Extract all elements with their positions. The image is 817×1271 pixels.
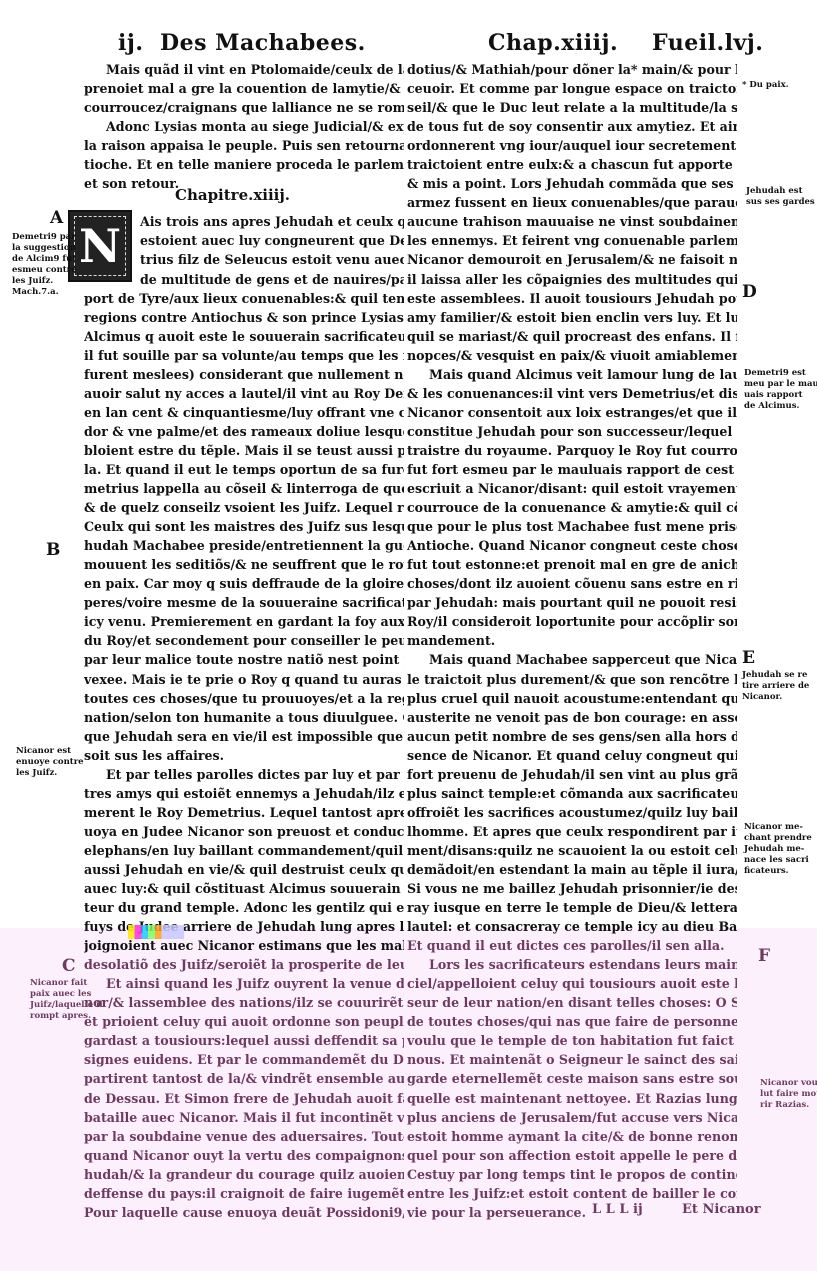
margin-note: Demetri9 est meu par le mau uais rapport… [744,368,817,412]
text-line: elephans/en luy baillant commandement/qu… [84,841,404,860]
scanned-page: ij. Des Machabees. Chap.xiiij. Fueil.lvj… [0,0,817,1271]
text-line: quelle est maintenant nettoyee. Et Razia… [407,1089,737,1108]
text-line: par Jehudah: mais pourtant quil ne pouoi… [407,593,737,612]
text-line: la. Et quand il eut le temps oportun de … [84,460,404,479]
note-line: tire arriere de [742,681,809,692]
text-line: Antioche. Quand Nicanor congneut ceste c… [407,536,737,555]
text-line: nopces/& vesquist en paix/& viuoit amiab… [407,346,737,365]
note-line: Nicanor vou [760,1078,817,1089]
text-line: port de Tyre/aux lieux conuenables:& qui… [84,289,404,308]
text-line: Lors les sacrificateurs estendans leurs … [407,955,737,974]
text-line: demãdoit/en estendant la main au tẽple i… [407,860,737,879]
text-line: Et ainsi quand les Juifz ouyrent la venu… [84,974,404,993]
text-line: & de quelz conseilz vsoient les Juifz. L… [84,498,404,517]
text-line: toutes ces choses/que tu prouuoyes/et a … [84,689,404,708]
text-line: courroucez/craignans que lalliance ne se… [84,98,404,117]
text-line: seur de leur nation/en disant telles cho… [407,993,737,1012]
text-line: metrius lappella au cõseil & linterroga … [84,479,404,498]
note-line: Nicanor est [16,746,84,757]
text-line: quil se mariast/& quil procreast des enf… [407,327,737,346]
text-line: icy venu. Premierement en gardant la foy… [84,612,404,631]
margin-note: Nicanor vou lut faire mou rir Razias. [760,1078,817,1111]
text-line: constitue Jehudah pour son successeur/le… [407,422,737,441]
text-line: fut fort esmeu par le mauluais rapport d… [407,460,737,479]
text-line: vexee. Mais ie te prie o Roy q quand tu … [84,670,404,689]
text-line: de tous fut de soy consentir aux amytiez… [407,117,737,136]
leaf-number: Fueil.lvj. [652,30,763,56]
note-line: de Alcim9 fut [12,254,77,265]
note-line: meu par le mau [744,379,817,390]
text-line: ceuoir. Et comme par longue espace on tr… [407,79,737,98]
section-letter-d: D [742,282,757,302]
note-line: rir Razias. [760,1100,817,1111]
note-line: Nicanor fait [30,978,103,989]
text-line: par la soubdaine venue des aduersaires. … [84,1127,404,1146]
text-line: garde eternellemẽt ceste maison sans est… [407,1069,737,1088]
left-folio: ij. [118,30,143,56]
note-line: paix auec les [30,989,103,1000]
margin-note: Nicanor est enuoye contre les Juifz. [16,746,84,779]
text-line: teur du grand temple. Adonc les gentilz … [84,898,404,917]
text-line: Roy/il consideroit loportunite pour accõ… [407,612,737,631]
margin-note: * Du paix. [742,80,789,91]
text-line: Mais quand Machabee sapperceut que Nican… [407,650,737,669]
text-line: uoya en Judee Nicanor son preuost et con… [84,822,404,841]
text-line: du Roy/et secondement pour conseiller le… [84,631,404,650]
text-line: aucun petit nombre de ses gens/sen alla … [407,727,737,746]
text-line: il fut souille par sa volunte/au temps q… [84,346,404,365]
text-line: en lan cent & cinquantiesme/luy offrant … [84,403,404,422]
text-line: seil/& que le Duc leut relate a la multi… [407,98,737,117]
text-line: en paix. Car moy q suis deffraude de la … [84,574,404,593]
text-line: ment/disans:quilz ne scauoient la ou est… [407,841,737,860]
text-line: auec luy:& quil cõstituast Alcimus souue… [84,879,404,898]
note-line: les Juifz. [12,276,77,287]
note-line: les Juifz. [16,768,84,779]
note-line: Demetri9 par [12,232,77,243]
text-line: soit sus les affaires. [84,746,404,765]
text-line: Pour laquelle cause enuoya deuãt Possido… [84,1203,404,1222]
text-line: plus sainct temple:et cõmanda aux sacrif… [407,784,737,803]
note-line: Nicanor. [742,692,809,703]
text-line: dor & vne palme/et des rameaux doliue le… [84,422,404,441]
text-line: Nicanor demouroit en Jerusalem/& ne fais… [407,250,737,269]
text-line: austerite ne venoit pas de bon courage: … [407,708,737,727]
text-line: ordonnerent vng iour/auquel iour secrete… [407,136,737,155]
note-line: enuoye contre [16,757,84,768]
note-line: la suggestion [12,243,77,254]
margin-note: Nicanor fait paix auec les Juifz/laquell… [30,978,103,1022]
margin-note: Jehudah est sus ses gardes [746,186,815,208]
margin-note: Nicanor me- chant prendre Jehudah me- na… [744,822,812,877]
text-line: sence de Nicanor. Et quand celuy congneu… [407,746,737,765]
section-letter-f: F [758,946,770,966]
text-line: aucune trahison mauuaise ne vinst soubda… [407,212,737,231]
text-line: Cestuy par long temps tint le propos de … [407,1165,737,1184]
note-line: uais rapport [744,390,817,401]
text-line: dotius/& Mathiah/pour dõner la* main/& p… [407,60,737,79]
text-line: traistre du royaume. Parquoy le Roy fut … [407,441,737,460]
note-line: Mach.7.a. [12,287,77,298]
text-line: Mais quand Alcimus veit lamour lung de l… [407,365,737,384]
text-line: Et par telles parolles dictes par luy et… [84,765,404,784]
text-line: le traictoit plus durement/& que son ren… [407,670,737,689]
text-line: ciel/appelloient celuy qui tousiours auo… [407,974,737,993]
text-line: regions contre Antiochus & son prince Ly… [84,308,404,327]
chapter-header: Chap.xiiij. [488,30,618,56]
text-line: lautel: et consacreray ce temple icy au … [407,917,737,936]
text-line: Nicanor consentoit aux loix estranges/et… [407,403,737,422]
text-line: signes euidens. Et par le commandemẽt du… [84,1050,404,1069]
text-line: auoir salut ny acces a lautel/il vint au… [84,384,404,403]
text-line: mandement. [407,631,737,650]
section-letter-e: E [742,648,755,668]
note-line: sus ses gardes [746,197,815,208]
text-line: hudah/& la grandeur du courage quilz auo… [84,1165,404,1184]
text-line: partirent tantost de la/& vindrẽt ensemb… [84,1069,404,1088]
left-column: Mais quãd il vint en Ptolomaide/ceulx de… [84,60,404,1222]
note-line: rompt apres. [30,1011,103,1022]
text-line: armez fussent en lieux conuenables/que p… [407,193,737,212]
text-line: estoient auec luy congneurent que Deme- [84,231,404,250]
text-line: tioche. Et en telle maniere proceda le p… [84,155,404,174]
text-line: nous. Et maintenãt o Seigneur le sainct … [407,1050,737,1069]
text-line: & mis a point. Lors Jehudah commãda que … [407,174,737,193]
text-line: escriuit a Nicanor/disant: quil estoit v… [407,479,737,498]
text-line: la raison appaisa le peuple. Puis sen re… [84,136,404,155]
text-line: amy familier/& estoit bien enclin vers l… [407,308,737,327]
section-letter-c: C [62,956,76,976]
note-line: ficateurs. [744,866,812,877]
text-line: nation/selon ton humanite a tous diuulgu… [84,708,404,727]
text-line: nor/& lassemblee des nations/ilz se couu… [84,993,404,1012]
note-line: esmeu contre [12,265,77,276]
signature-mark: L L L ij [592,1202,643,1217]
text-line: il laissa aller les cõpaignies des multi… [407,270,737,289]
text-line: plus cruel quil nauoit acoustume:entenda… [407,689,737,708]
text-line: mouuent les seditiõs/& ne seuffrent que … [84,555,404,574]
note-line: Nicanor me- [744,822,812,833]
right-column: dotius/& Mathiah/pour dõner la* main/& p… [407,60,737,1222]
text-line: aussi Jehudah en vie/& quil destruist ce… [84,860,404,879]
note-line: * Du paix. [742,80,789,91]
text-line: et prioient celuy qui auoit ordonne son … [84,1012,404,1031]
note-line: lut faire mou [760,1089,817,1100]
chapter-heading: Chapitre.xiiij. [175,186,290,204]
text-line: Si vous ne me baillez Jehudah prisonnier… [407,879,737,898]
text-line: que pour le plus tost Machabee fust mene… [407,517,737,536]
text-line: courrouce de la conuenance & amytie:& qu… [407,498,737,517]
text-line: prenoiet mal a gre la couention de lamyt… [84,79,404,98]
drop-cap-letter: N [79,219,121,273]
text-line: quel pour son affection estoit appelle l… [407,1146,737,1165]
text-line: fut tout estonne:et prenoit mal en gre d… [407,555,737,574]
text-line: Adonc Lysias monta au siege Judicial/& e… [84,117,404,136]
text-line: Ais trois ans apres Jehudah et ceulx qui [84,212,404,231]
text-line: desolatiõ des Juifz/seroiẽt la prosperit… [84,955,404,974]
note-line: nace les sacri [744,855,812,866]
text-line: Alcimus q auoit este le souuerain sacrif… [84,327,404,346]
text-line: offroiẽt les sacrifices acoustumez/quilz… [407,803,737,822]
text-line: hudah Machabee preside/entretiennent la … [84,536,404,555]
section-letter-a: A [50,208,63,228]
text-line: par leur malice toute nostre natiõ nest … [84,650,404,669]
running-title: Des Machabees. [160,30,366,56]
note-line: de Alcimus. [744,401,817,412]
text-line: bataille auec Nicanor. Mais il fut incon… [84,1108,404,1127]
text-line: & les conuenances:il vint vers Demetrius… [407,384,737,403]
text-line: les ennemys. Et feirent vng conuenable p… [407,231,737,250]
scan-artifact [128,925,184,939]
text-line: Mais quãd il vint en Ptolomaide/ceulx de… [84,60,404,79]
note-line: Jehudah est [746,186,815,197]
text-line: choses/dont ilz auoient cõuenu sans estr… [407,574,737,593]
text-line: peres/voire mesme de la souueraine sacri… [84,593,404,612]
text-line: bloient estre du tẽple. Mais il se teust… [84,441,404,460]
text-line: de Dessau. Et Simon frere de Jehudah auo… [84,1089,404,1108]
text-line: furent meslees) considerant que nullemen… [84,365,404,384]
note-line: Jehudah se re [742,670,809,681]
text-line: gardast a tousiours:lequel aussi deffend… [84,1031,404,1050]
text-line: tres amys qui estoiẽt ennemys a Jehudah/… [84,784,404,803]
note-line: chant prendre [744,833,812,844]
catchword: Et Nicanor [682,1202,761,1217]
text-line: joignoient auec Nicanor estimans que les… [84,936,404,955]
text-line: Et quand il eut dictes ces parolles/il s… [407,936,737,955]
note-line: Jehudah me- [744,844,812,855]
text-line: que Jehudah sera en vie/il est impossibl… [84,727,404,746]
text-line: deffense du pays:il craignoit de faire i… [84,1184,404,1203]
text-line: fort preuenu de Jehudah/il sen vint au p… [407,765,737,784]
text-line: Ceulx qui sont les maistres des Juifz su… [84,517,404,536]
margin-note: Demetri9 par la suggestion de Alcim9 fut… [12,232,77,298]
note-line: Juifz/laquelle il [30,1000,103,1011]
text-line: voulu que le temple de ton habitation fu… [407,1031,737,1050]
section-letter-b: B [46,540,60,560]
text-line: traictoient entre eulx:& a chascun fut a… [407,155,737,174]
text-line: entre les Juifz:et estoit content de bai… [407,1184,737,1203]
text-line: de toutes choses/qui nas que faire de pe… [407,1012,737,1031]
decorated-initial: N [68,210,132,282]
text-line: merent le Roy Demetrius. Lequel tantost … [84,803,404,822]
text-line: de multitude de gens et de nauires/par l… [84,270,404,289]
text-line: trius filz de Seleucus estoit venu auec … [84,250,404,269]
text-line: estoit homme aymant la cite/& de bonne r… [407,1127,737,1146]
margin-note: Jehudah se re tire arriere de Nicanor. [742,670,809,703]
text-line: quand Nicanor ouyt la vertu des compaign… [84,1146,404,1165]
text-line: plus anciens de Jerusalem/fut accuse ver… [407,1108,737,1127]
note-line: Demetri9 est [744,368,817,379]
text-line: ray iusque en terre le temple de Dieu/& … [407,898,737,917]
text-line: este assemblees. Il auoit tousiours Jehu… [407,289,737,308]
text-line: lhomme. Et apres que ceulx respondirent … [407,822,737,841]
